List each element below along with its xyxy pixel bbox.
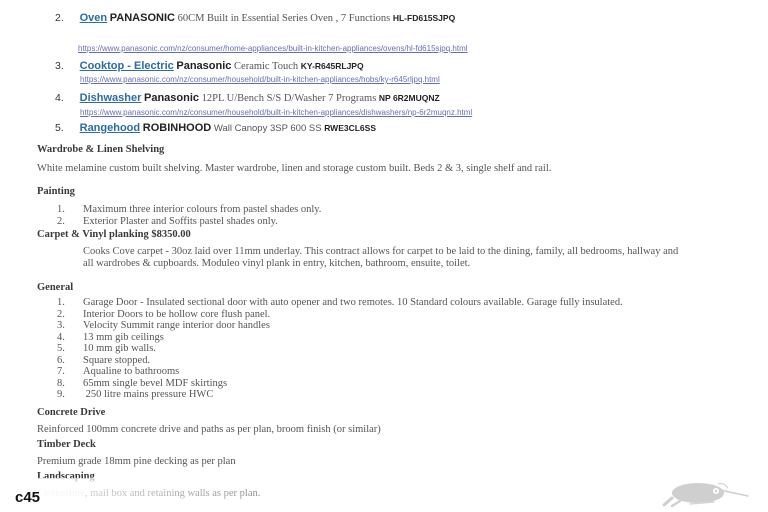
appliance-category-link[interactable]: Rangehood: [80, 122, 141, 134]
section-heading-general: General: [37, 282, 73, 293]
appliance-item-cooktop: 3. Cooktop - Electric Panasonic Ceramic …: [55, 60, 364, 73]
section-text-carpet: Cooks Cove carpet - 30oz laid over 11mm …: [83, 246, 683, 270]
appliance-description: 60CM Built in Essential Series Oven , 7 …: [178, 13, 391, 24]
section-heading-carpet: Carpet & Vinyl planking $8350.00: [37, 229, 191, 240]
appliance-brand: ROBINHOOD: [143, 122, 211, 134]
appliance-description: Ceramic Touch: [234, 61, 298, 72]
page-code: c45: [15, 489, 40, 506]
kiwi-bird-logo-icon: [660, 478, 760, 508]
list-item: 5. 10 mm gib walls.: [57, 343, 643, 355]
appliance-model: RWE3CL6SS: [324, 123, 376, 133]
appliance-model: HL-FD615SJPQ: [393, 13, 455, 23]
section-text-wardrobe: White melamine custom built shelving. Ma…: [37, 163, 727, 175]
general-list: 1. Garage Door - Insulated sectional doo…: [57, 297, 643, 401]
list-number: 4.: [55, 92, 77, 105]
list-item: 2. Interior Doors to be hollow core flus…: [57, 309, 643, 321]
list-item: 6. Square stopped.: [57, 355, 643, 367]
list-item: 1. Garage Door - Insulated sectional doo…: [57, 297, 643, 309]
list-item: 9. 250 litre mains pressure HWC: [57, 389, 643, 401]
appliance-url-link[interactable]: https://www.panasonic.com/nz/consumer/ho…: [78, 44, 468, 54]
section-text-timber: Premium grade 18mm pine decking as per p…: [37, 456, 737, 468]
text: , mail box and retaining walls as per pl…: [85, 488, 261, 499]
painting-list: 1. Maximum three interior colours from p…: [57, 204, 643, 227]
section-heading-painting: Painting: [37, 186, 75, 197]
appliance-brand: PANASONIC: [110, 12, 175, 24]
appliance-brand: Panasonic: [176, 60, 231, 72]
document-page: 2. Oven PANASONIC 60CM Built in Essentia…: [0, 0, 768, 512]
faded-text: Clothesline: [37, 488, 85, 499]
list-item: 1. Maximum three interior colours from p…: [57, 204, 643, 216]
list-item: 3. Velocity Summit range interior door h…: [57, 320, 643, 332]
section-text-concrete: Reinforced 100mm concrete drive and path…: [37, 424, 737, 436]
appliance-description: 12PL U/Bench S/S D/Washer 7 Programs: [202, 93, 377, 104]
section-heading-timber: Timber Deck: [37, 439, 96, 450]
list-item: 7. Aqualine to bathrooms: [57, 366, 643, 378]
appliance-category-link[interactable]: Cooktop - Electric: [80, 60, 174, 72]
appliance-description: Wall Canopy 3SP 600 SS: [214, 123, 322, 134]
list-item: 4. 13 mm gib ceilings: [57, 332, 643, 344]
list-number: 3.: [55, 60, 77, 73]
appliance-url-link[interactable]: https://www.panasonic.com/nz/consumer/ho…: [80, 108, 472, 118]
list-item: 2. Exterior Plaster and Soffits pastel s…: [57, 216, 643, 228]
appliance-url-link[interactable]: https://www.panasonic.com/nz/consumer/ho…: [80, 75, 440, 85]
list-item: 8. 65mm single bevel MDF skirtings: [57, 378, 643, 390]
appliance-category-link[interactable]: Oven: [80, 12, 108, 24]
appliance-model: KY-R645RLJPQ: [301, 61, 364, 71]
appliance-item-oven: 2. Oven PANASONIC 60CM Built in Essentia…: [55, 12, 455, 25]
section-heading-concrete: Concrete Drive: [37, 407, 105, 418]
appliance-model: NP 6R2MUQNZ: [379, 93, 440, 103]
list-number: 2.: [55, 12, 77, 25]
section-text-landscaping: Clothesline, mail box and retaining wall…: [37, 488, 737, 500]
appliance-category-link[interactable]: Dishwasher: [80, 92, 142, 104]
section-heading-wardrobe: Wardrobe & Linen Shelving: [37, 144, 164, 155]
appliance-item-dishwasher: 4. Dishwasher Panasonic 12PL U/Bench S/S…: [55, 92, 440, 105]
appliance-item-rangehood: 5. Rangehood ROBINHOOD Wall Canopy 3SP 6…: [55, 122, 376, 135]
list-number: 5.: [55, 122, 77, 135]
appliance-brand: Panasonic: [144, 92, 199, 104]
section-heading-landscaping: Landscaping: [37, 471, 95, 482]
